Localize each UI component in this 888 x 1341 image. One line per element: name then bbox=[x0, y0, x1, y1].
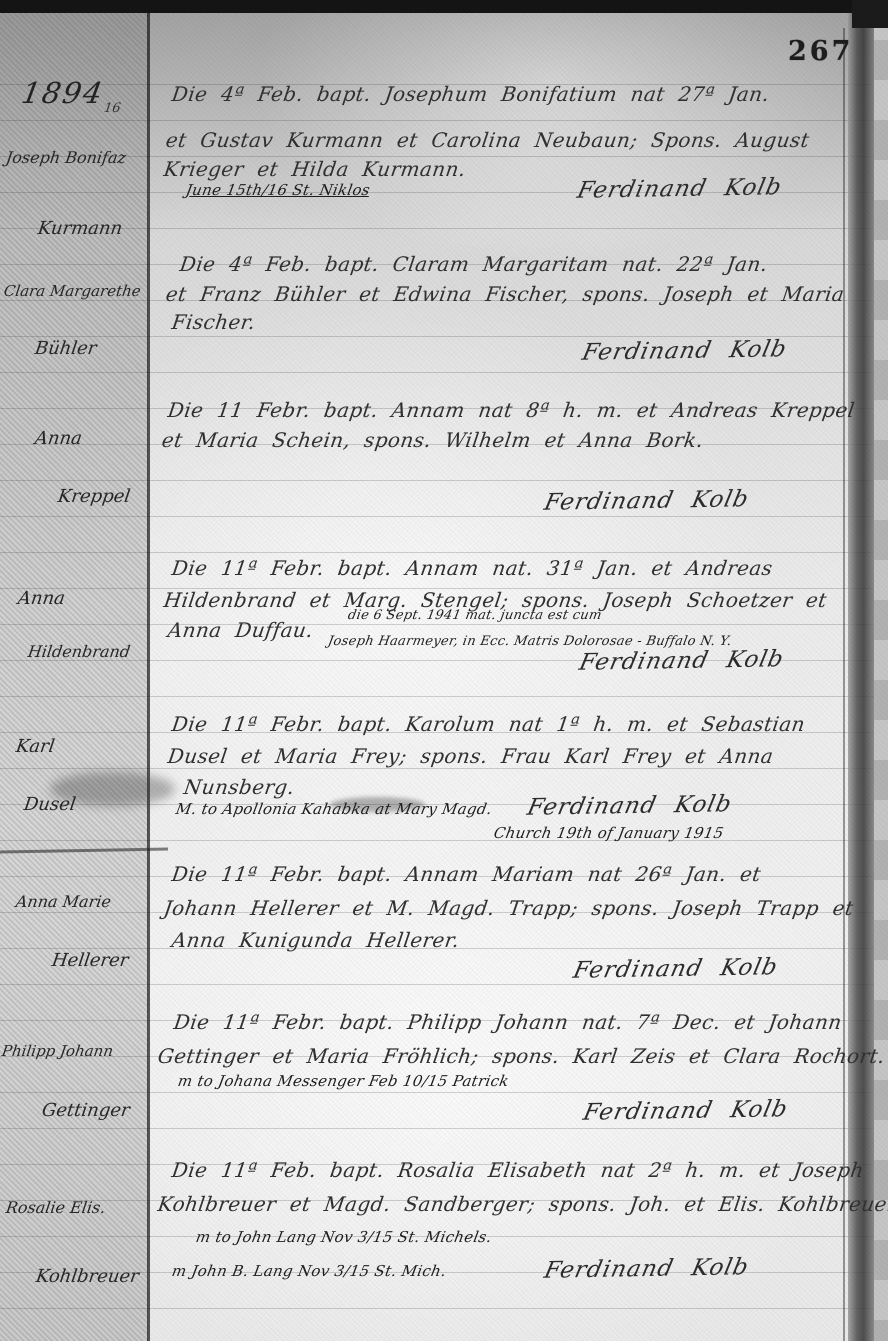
margin-name: Kurmann bbox=[37, 218, 124, 239]
margin-name: Clara Margarethe bbox=[3, 282, 142, 300]
entry-annotation: die 6 Sept. 1941 mat. juncta est cum bbox=[347, 608, 603, 623]
priest-signature: Ferdinand Kolb bbox=[542, 1254, 752, 1284]
margin-name: Anna Marie bbox=[15, 892, 113, 911]
entry-line: et Gustav Kurmann et Carolina Neubaun; S… bbox=[164, 128, 811, 152]
margin-name: Joseph Bonifaz bbox=[5, 148, 128, 167]
margin-name: Philipp Johann bbox=[1, 1042, 115, 1060]
scanner-edge bbox=[0, 0, 888, 13]
priest-signature: Ferdinand Kolb bbox=[581, 1096, 791, 1126]
margin-name: Rosalie Elis. bbox=[5, 1198, 107, 1217]
margin-name: Bühler bbox=[34, 338, 98, 359]
scanner-edge-corner bbox=[852, 0, 888, 28]
margin-name: Hildenbrand bbox=[27, 642, 132, 661]
right-rule bbox=[843, 28, 845, 1341]
margin-name: Kohlbreuer bbox=[35, 1266, 141, 1287]
page-number: 267 bbox=[788, 36, 853, 67]
entry-line: Fischer. bbox=[170, 310, 257, 334]
entry-line: Gettinger et Maria Fröhlich; spons. Karl… bbox=[156, 1044, 886, 1068]
entry-annotation: m to John Lang Nov 3/15 St. Michels. bbox=[194, 1228, 493, 1246]
entry-line: Die 11ª Febr. bapt. Karolum nat 1ª h. m.… bbox=[170, 712, 806, 736]
margin-name: Anna bbox=[34, 428, 84, 449]
priest-signature: Ferdinand Kolb bbox=[542, 486, 752, 516]
entry-line: Nunsberg. bbox=[182, 775, 296, 799]
year-label: 1894 bbox=[19, 76, 107, 110]
margin-column bbox=[0, 13, 148, 1341]
priest-signature: Ferdinand Kolb bbox=[525, 791, 735, 821]
entry-line: Johann Hellerer et M. Magd. Trapp; spons… bbox=[162, 896, 855, 920]
entry-annotation: m John B. Lang Nov 3/15 St. Mich. bbox=[170, 1262, 447, 1280]
year-note: 16 bbox=[103, 101, 122, 116]
entry-line: Anna Kunigunda Hellerer. bbox=[170, 928, 461, 952]
entry-line: Die 4ª Feb. bapt. Claram Margaritam nat.… bbox=[178, 252, 769, 276]
entry-line: Dusel et Maria Frey; spons. Frau Karl Fr… bbox=[166, 744, 775, 768]
entry-annotation: Church 19th of January 1915 bbox=[492, 824, 725, 842]
register-page: 267 1894 16 Joseph Bonifaz Kurmann Clara… bbox=[0, 0, 888, 1341]
margin-rule bbox=[147, 13, 150, 1341]
entry-line: Anna Duffau. bbox=[166, 618, 315, 642]
entry-annotation: M. to Apollonia Kahabka at Mary Magd. bbox=[174, 800, 493, 818]
margin-name: Anna bbox=[17, 588, 67, 609]
entry-line: Die 4ª Feb. bapt. Josephum Bonifatium na… bbox=[170, 82, 771, 106]
entry-annotation: m to Johana Messenger Feb 10/15 Patrick bbox=[176, 1072, 510, 1090]
entry-line: Kohlbreuer et Magd. Sandberger; spons. J… bbox=[156, 1192, 888, 1216]
margin-name: Hellerer bbox=[51, 950, 130, 971]
entry-line: Krieger et Hilda Kurmann. bbox=[162, 157, 467, 181]
priest-signature: Ferdinand Kolb bbox=[571, 954, 781, 984]
margin-name: Kreppel bbox=[57, 486, 132, 507]
priest-signature: Ferdinand Kolb bbox=[580, 336, 790, 366]
entry-line: Die 11ª Febr. bapt. Philipp Johann nat. … bbox=[172, 1010, 843, 1034]
priest-signature: Ferdinand Kolb bbox=[575, 174, 785, 204]
entry-line: et Maria Schein, spons. Wilhelm et Anna … bbox=[160, 428, 705, 452]
margin-name: Karl bbox=[15, 736, 56, 757]
entry-line: Die 11 Febr. bapt. Annam nat 8ª h. m. et… bbox=[166, 398, 856, 422]
margin-name: Dusel bbox=[23, 794, 78, 815]
entry-line: et Franz Bühler et Edwina Fischer, spons… bbox=[164, 282, 846, 306]
entry-line: Die 11ª Feb. bapt. Rosalia Elisabeth nat… bbox=[170, 1158, 865, 1182]
entry-annotation: June 15th/16 St. Niklos bbox=[184, 181, 371, 199]
entry-line: Die 11ª Febr. bapt. Annam Mariam nat 26ª… bbox=[170, 862, 762, 886]
entry-line: Die 11ª Febr. bapt. Annam nat. 31ª Jan. … bbox=[170, 556, 774, 580]
entry-annotation: Joseph Haarmeyer, in Ecc. Matris Doloros… bbox=[327, 634, 733, 649]
binding-edge bbox=[848, 0, 874, 1341]
adjacent-page-edge bbox=[874, 0, 888, 1341]
margin-name: Gettinger bbox=[41, 1100, 132, 1121]
priest-signature: Ferdinand Kolb bbox=[577, 646, 787, 676]
